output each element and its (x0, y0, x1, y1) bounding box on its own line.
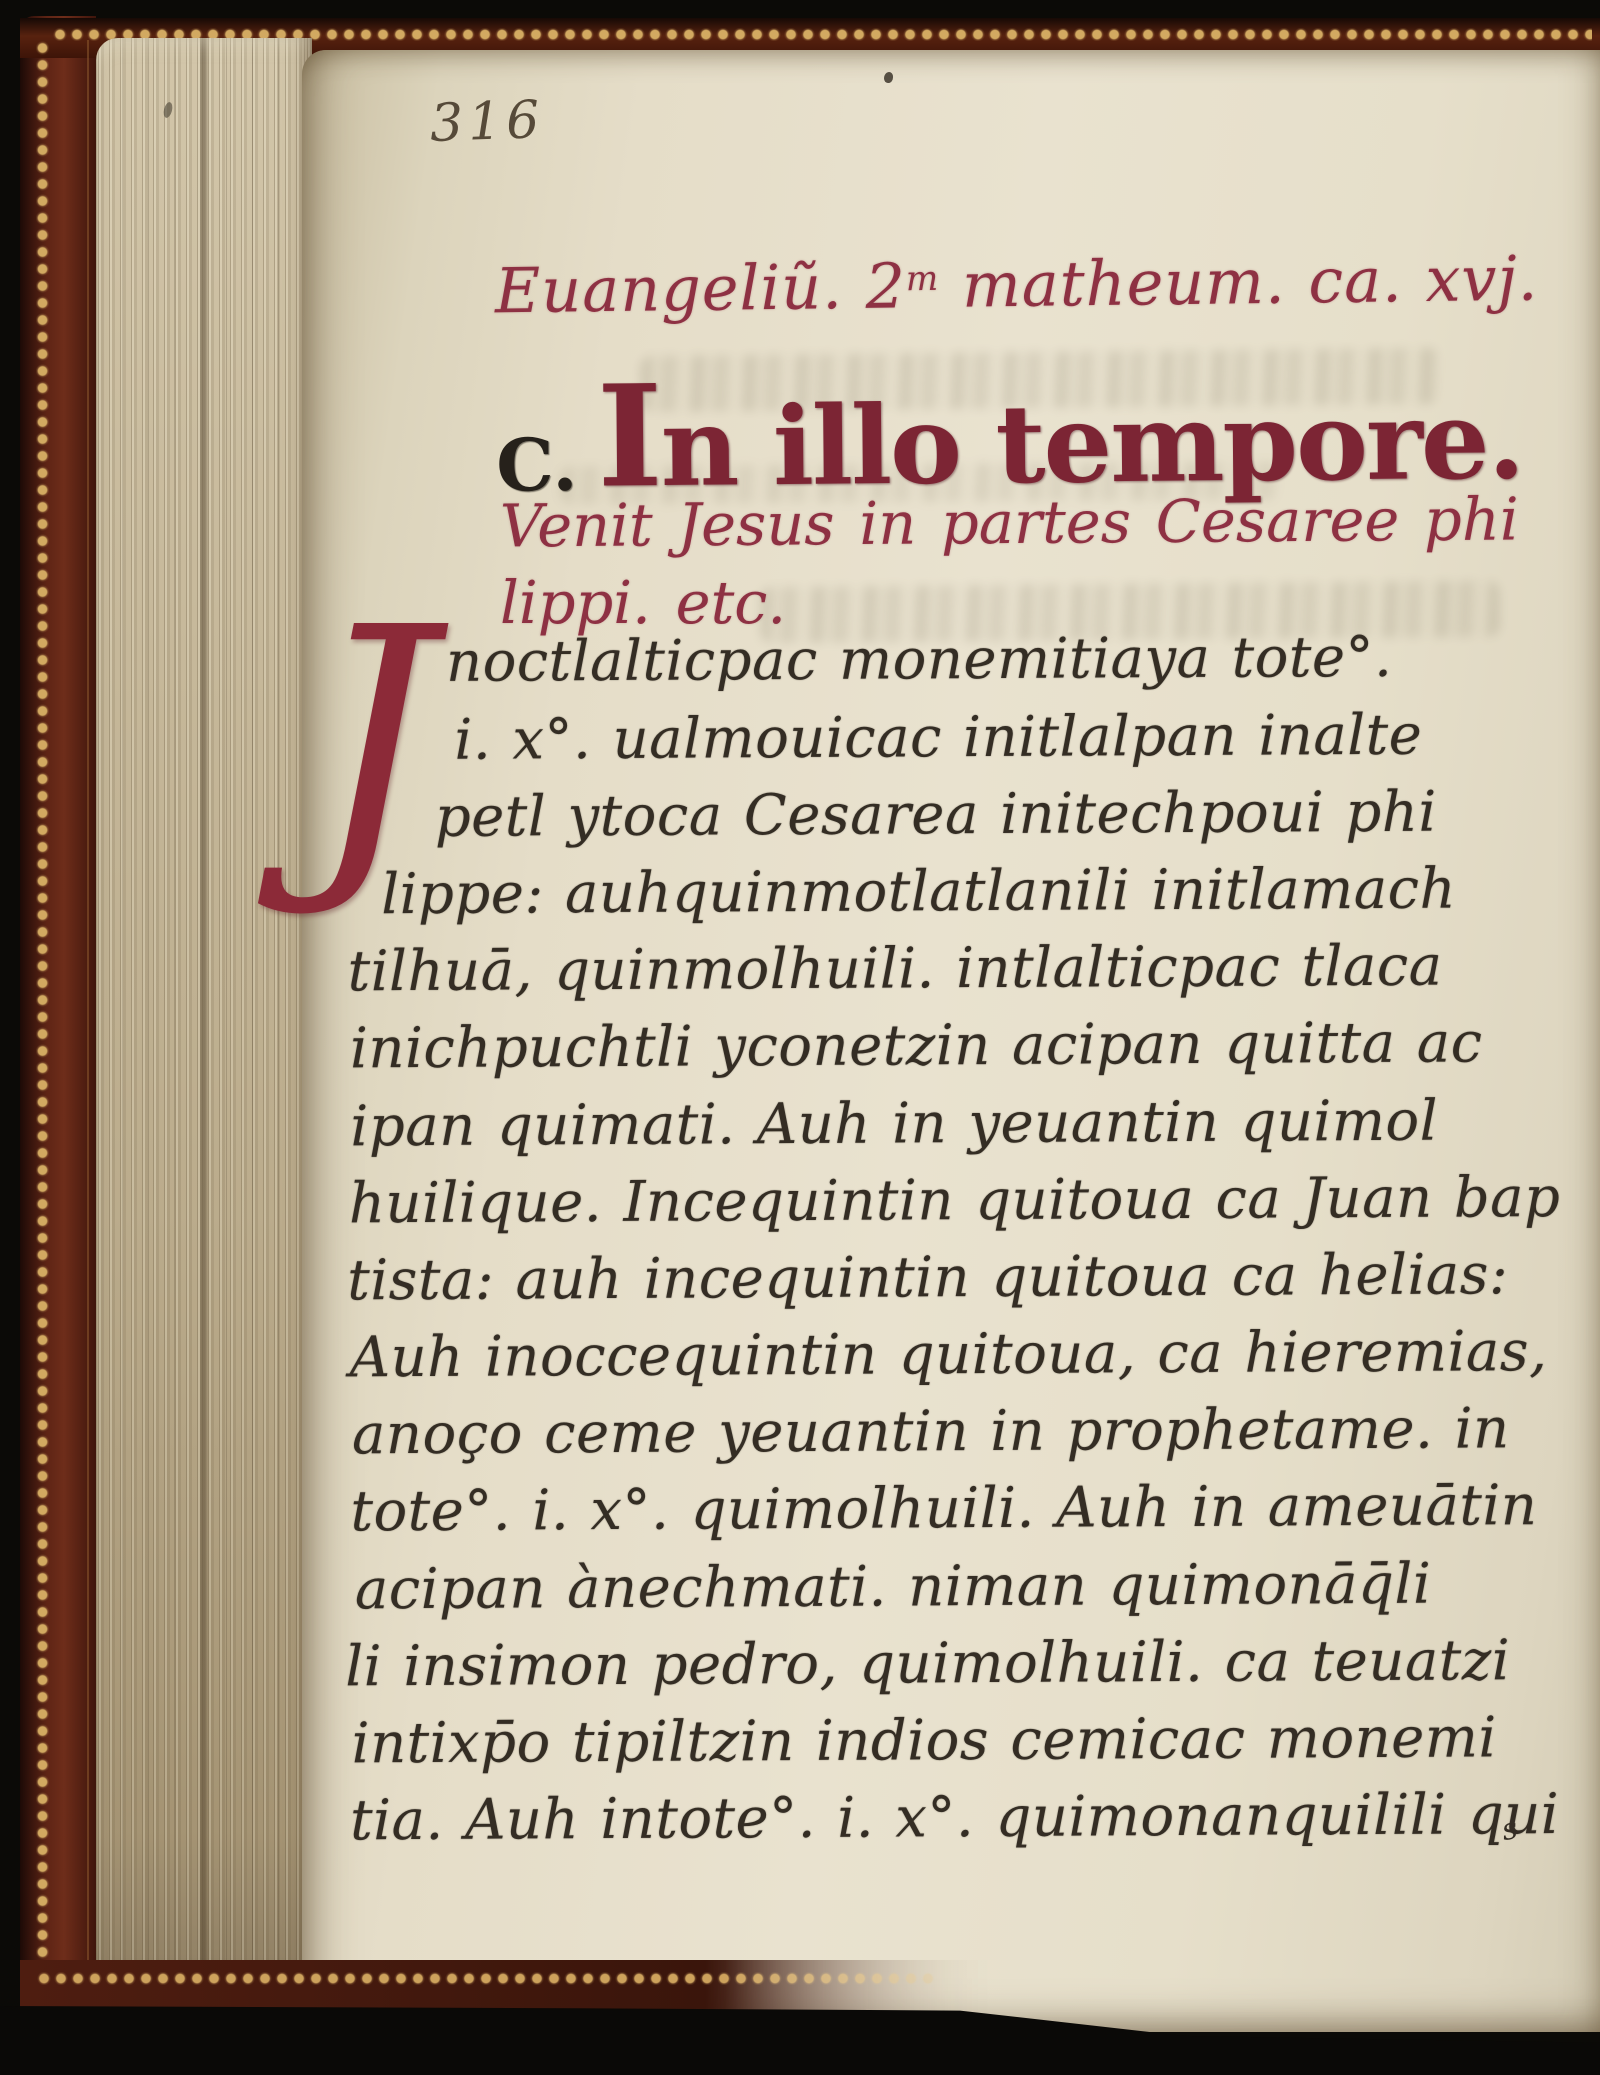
body-line-16: tia. Auh intote°. i. x°. quimonanquilili… (350, 1782, 1559, 1853)
body-line-5: tilhuā, quinmolhuili. intlalticpac tlaca (347, 934, 1442, 1005)
body-line-8: huilique. Incequintin quitoua ca Juan ba… (349, 1165, 1561, 1236)
body-line-4: lippe: auhquinmotlatlanili initlamach (381, 857, 1456, 928)
body-line-13: acipan ànechmati. niman quimonāq̄li (355, 1552, 1432, 1623)
body-line-9: tista: auh incequintin quitoua ca helias… (347, 1242, 1508, 1313)
body-line-12: tote°. i. x°. quimolhuili. Auh in ameuāt… (350, 1473, 1537, 1544)
body-line-10: Auh inoccequintin quitoua, ca hieremias, (350, 1319, 1548, 1390)
body-line-1: noctlalticpac monemitiaya tote°. (446, 625, 1393, 695)
body-line-3: petl ytoca Cesarea initechpoui phi (435, 780, 1437, 850)
body-line-7: ipan quimati. Auh in yeuantin quimol (350, 1089, 1438, 1160)
body-line-14: li insimon pedro, quimolhuili. ca teuatz… (345, 1628, 1510, 1699)
body-line-6: inichpuchtli yconetzin acipan quitta ac (350, 1010, 1483, 1081)
body-text-block: noctlalticpac monemitiaya tote°. i. x°. … (0, 0, 1600, 2075)
body-line-11: anoço ceme yeuantin in prophetame. in (352, 1396, 1510, 1467)
book-photo: 316 Euangeliũ. 2m matheum. ca. xvj. C.In… (0, 0, 1600, 2075)
body-line-2: i. x°. ualmouicac initlalpan inalte (454, 703, 1422, 773)
body-line-15: intixp̄o tipiltzin indios cemicac monemi (352, 1705, 1497, 1776)
